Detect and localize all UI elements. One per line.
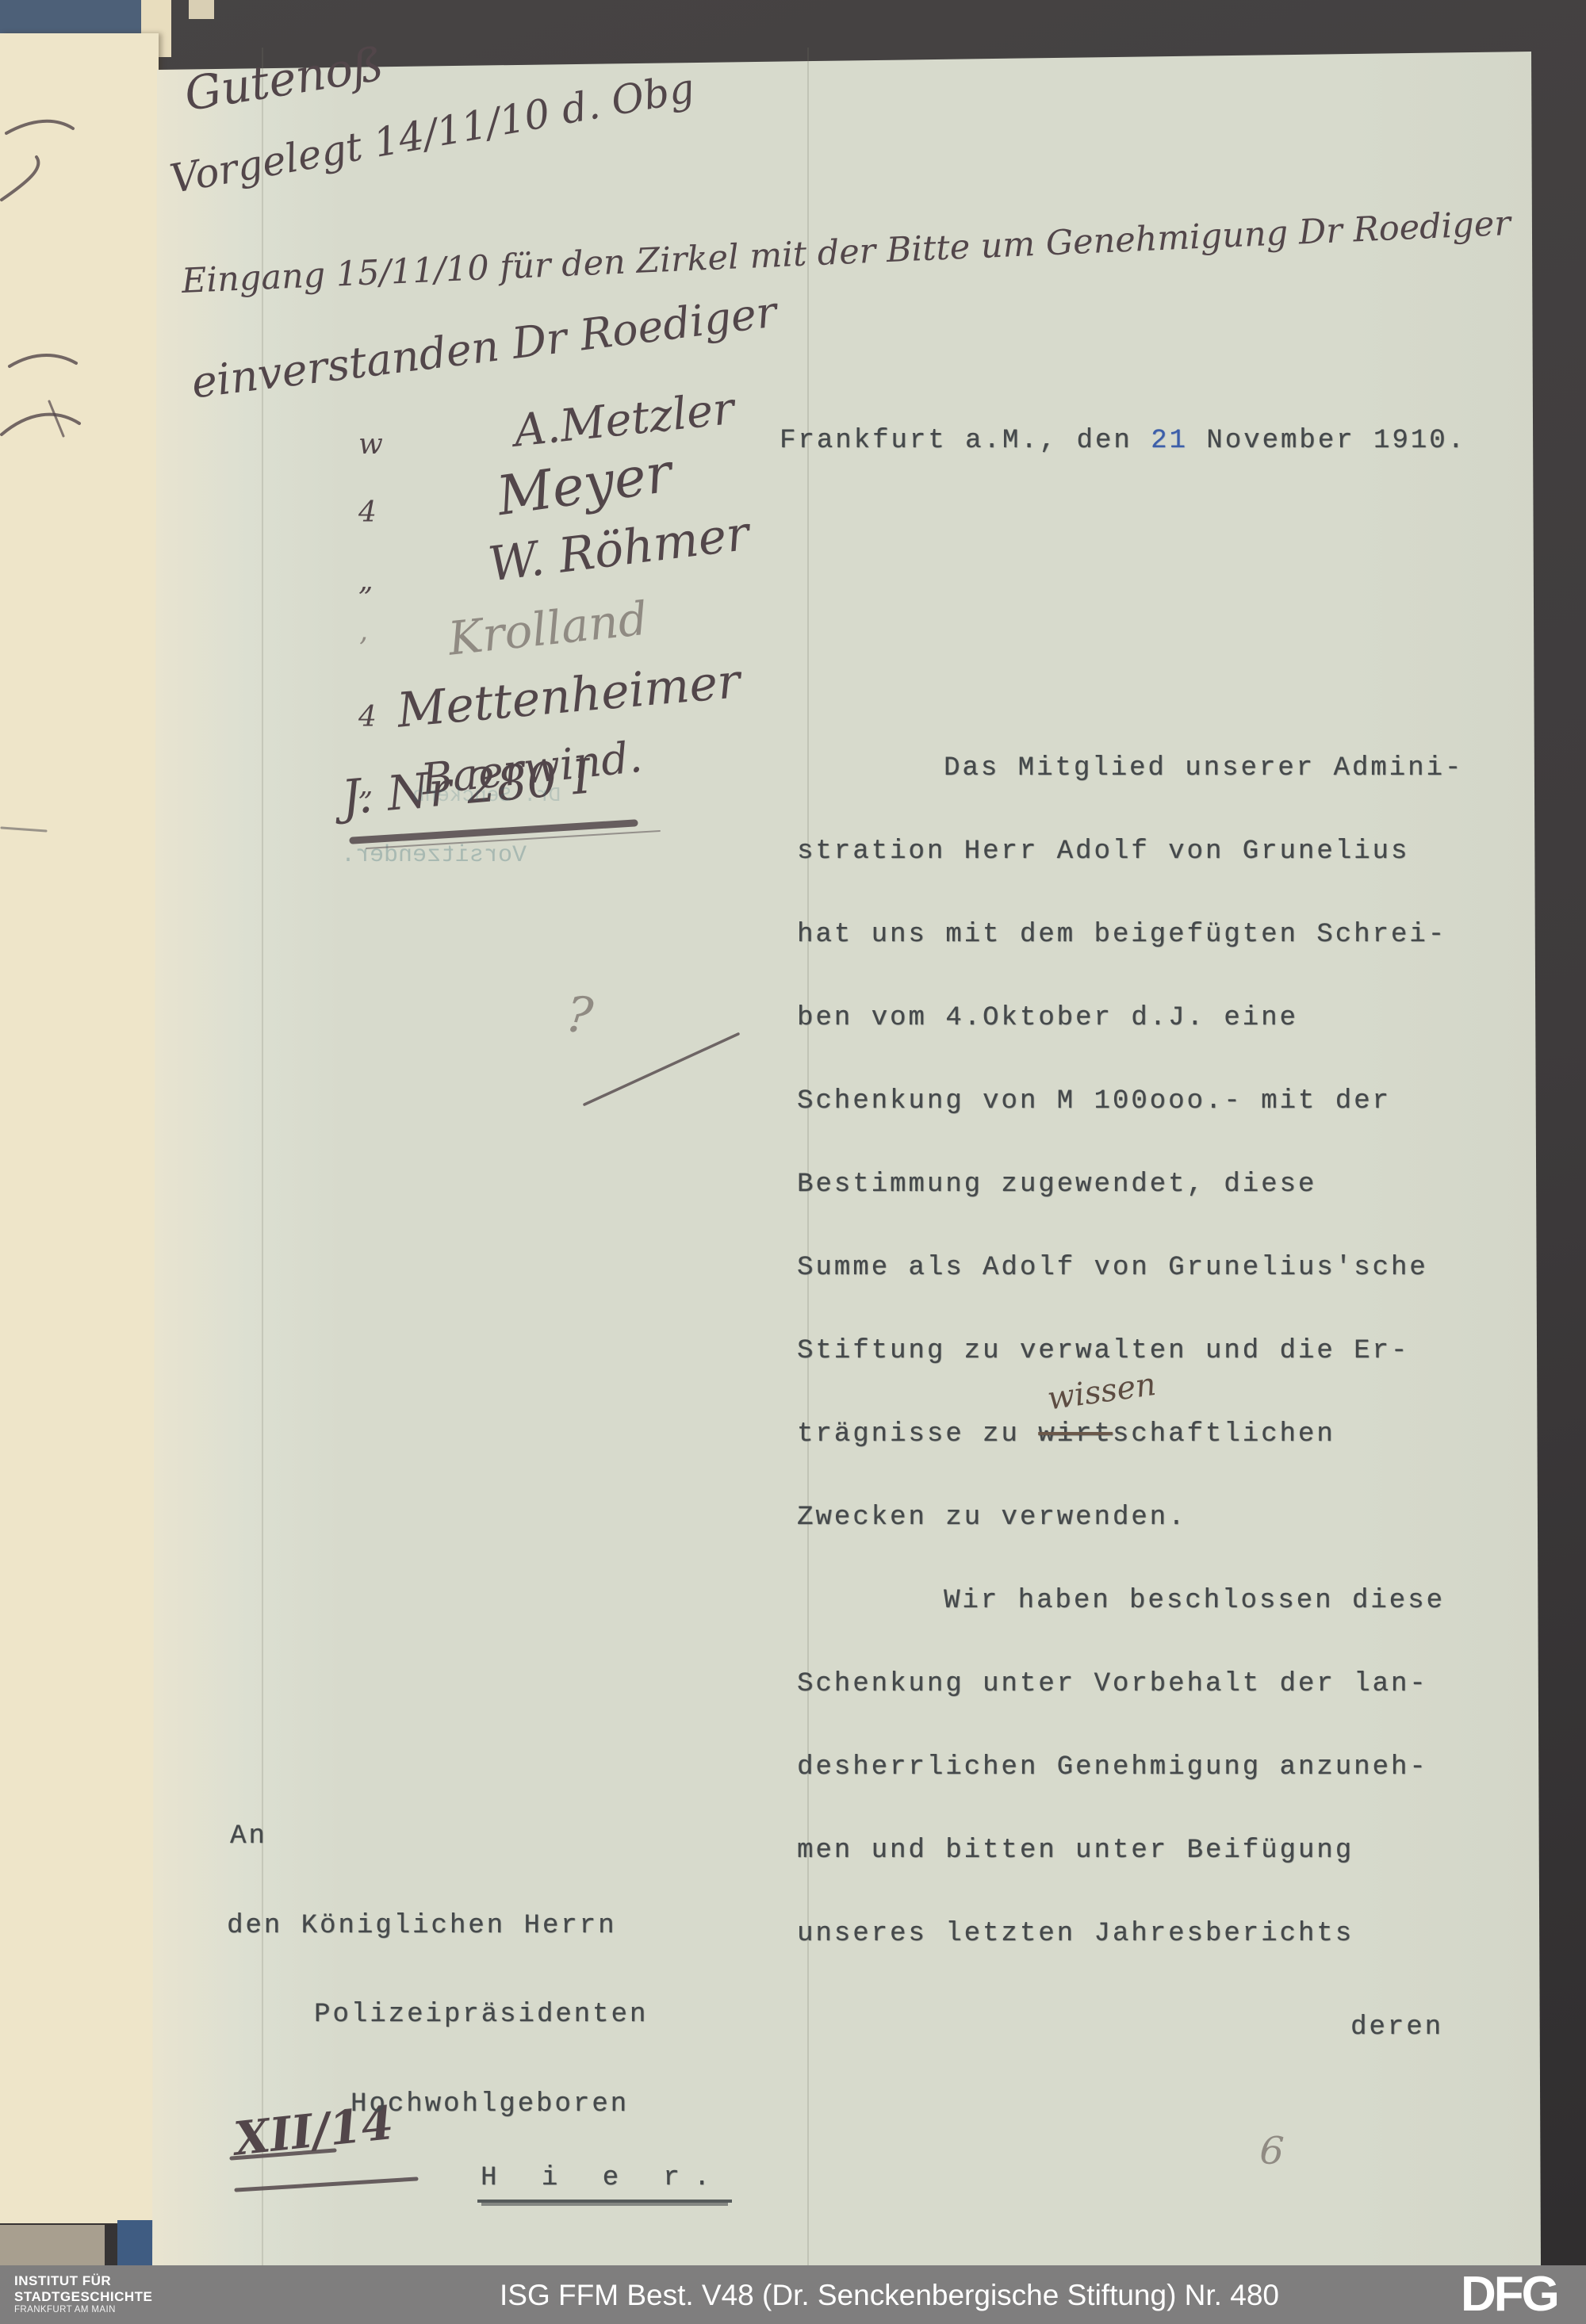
typed-line: Zwecken zu verwenden.	[797, 1503, 1479, 1586]
dfg-logo: DFG	[1461, 2266, 1557, 2322]
institute-wordmark: INSTITUT FÜR STADTGESCHICHTE FRANKFURT A…	[14, 2274, 152, 2315]
ditto-mark: „	[358, 565, 374, 597]
institute-line-2: STADTGESCHICHTE	[14, 2290, 152, 2303]
ditto-mark: 4	[358, 701, 377, 733]
pencil-page-number: 6	[1258, 2128, 1285, 2174]
typed-line: Wir haben beschlossen diese	[797, 1586, 1479, 1669]
page-stack-corner	[189, 0, 214, 19]
typed-dateline: Frankfurt a.M., den 21 November 1910.	[780, 426, 1466, 456]
archive-footer-bar: INSTITUT FÜR STADTGESCHICHTE FRANKFURT A…	[0, 2265, 1586, 2324]
ditto-mark: 4	[358, 496, 377, 529]
archive-scan-photograph: Gutenoß Vorgelegt 14/11/10 d. Obg Eingan…	[0, 0, 1586, 2324]
dateline-day-blue: 21	[1151, 426, 1188, 456]
institute-line-1: INSTITUT FÜR	[14, 2274, 152, 2288]
typed-line: unseres letzten Jahresberichts	[797, 1919, 1479, 2002]
address-delivery-hier: H i e r.	[477, 2163, 732, 2203]
institute-line-3: FRANKFURT AM MAIN	[14, 2306, 152, 2315]
ditto-mark: ’	[358, 633, 367, 665]
underlying-cream-page	[0, 33, 159, 2223]
address-line-recipient: den Königlichen Herrn	[227, 1911, 616, 1941]
typed-line: men und bitten unter Beifügung	[797, 1836, 1479, 1919]
correction-pre: trägnisse zu	[797, 1419, 1038, 1449]
archive-reference: ISG FFM Best. V48 (Dr. Senckenbergische …	[500, 2279, 1279, 2312]
typed-catchword-deren: deren	[1350, 2012, 1443, 2043]
dateline-month-year: November 1910.	[1188, 426, 1466, 456]
typed-line: Summe als Adolf von Grunelius'sche	[797, 1253, 1479, 1336]
typed-line: Schenkung unter Vorbehalt der lan-	[797, 1669, 1479, 1752]
bleedthrough-text: Dr. Senckenb	[412, 783, 561, 807]
address-line-an: An	[230, 1821, 267, 1851]
typed-line: ben vom 4.Oktober d.J. eine	[797, 1003, 1479, 1086]
struck-word: wirt	[1038, 1419, 1113, 1449]
typed-line: desherrlichen Genehmigung anzuneh-	[797, 1752, 1479, 1836]
typed-line: Bestimmung zugewendet, diese	[797, 1170, 1479, 1253]
typed-line: Schenkung von M 100ooo.- mit der	[797, 1086, 1479, 1170]
address-line-honorific: Hochwohlgeboren	[351, 2089, 629, 2119]
typed-line: hat uns mit dem beigefügten Schrei-	[797, 920, 1479, 1003]
book-cover-tan-edge-bottom	[0, 2225, 105, 2266]
typed-line: Das Mitglied unserer Admini-	[797, 753, 1479, 837]
address-line-office: Polizeipräsidenten	[314, 2000, 648, 2030]
dateline-place: Frankfurt a.M., den	[780, 426, 1151, 456]
correction-post: schaftlichen	[1113, 1419, 1335, 1449]
typed-line: stration Herr Adolf von Grunelius	[797, 837, 1479, 920]
ditto-mark: w	[358, 428, 383, 461]
bleedthrough-text: Vorsitzender.	[341, 842, 527, 869]
typed-line-with-correction: trägnisse zu wirtschaftlichen	[797, 1419, 1479, 1503]
book-cover-blue-edge-top	[0, 0, 151, 38]
